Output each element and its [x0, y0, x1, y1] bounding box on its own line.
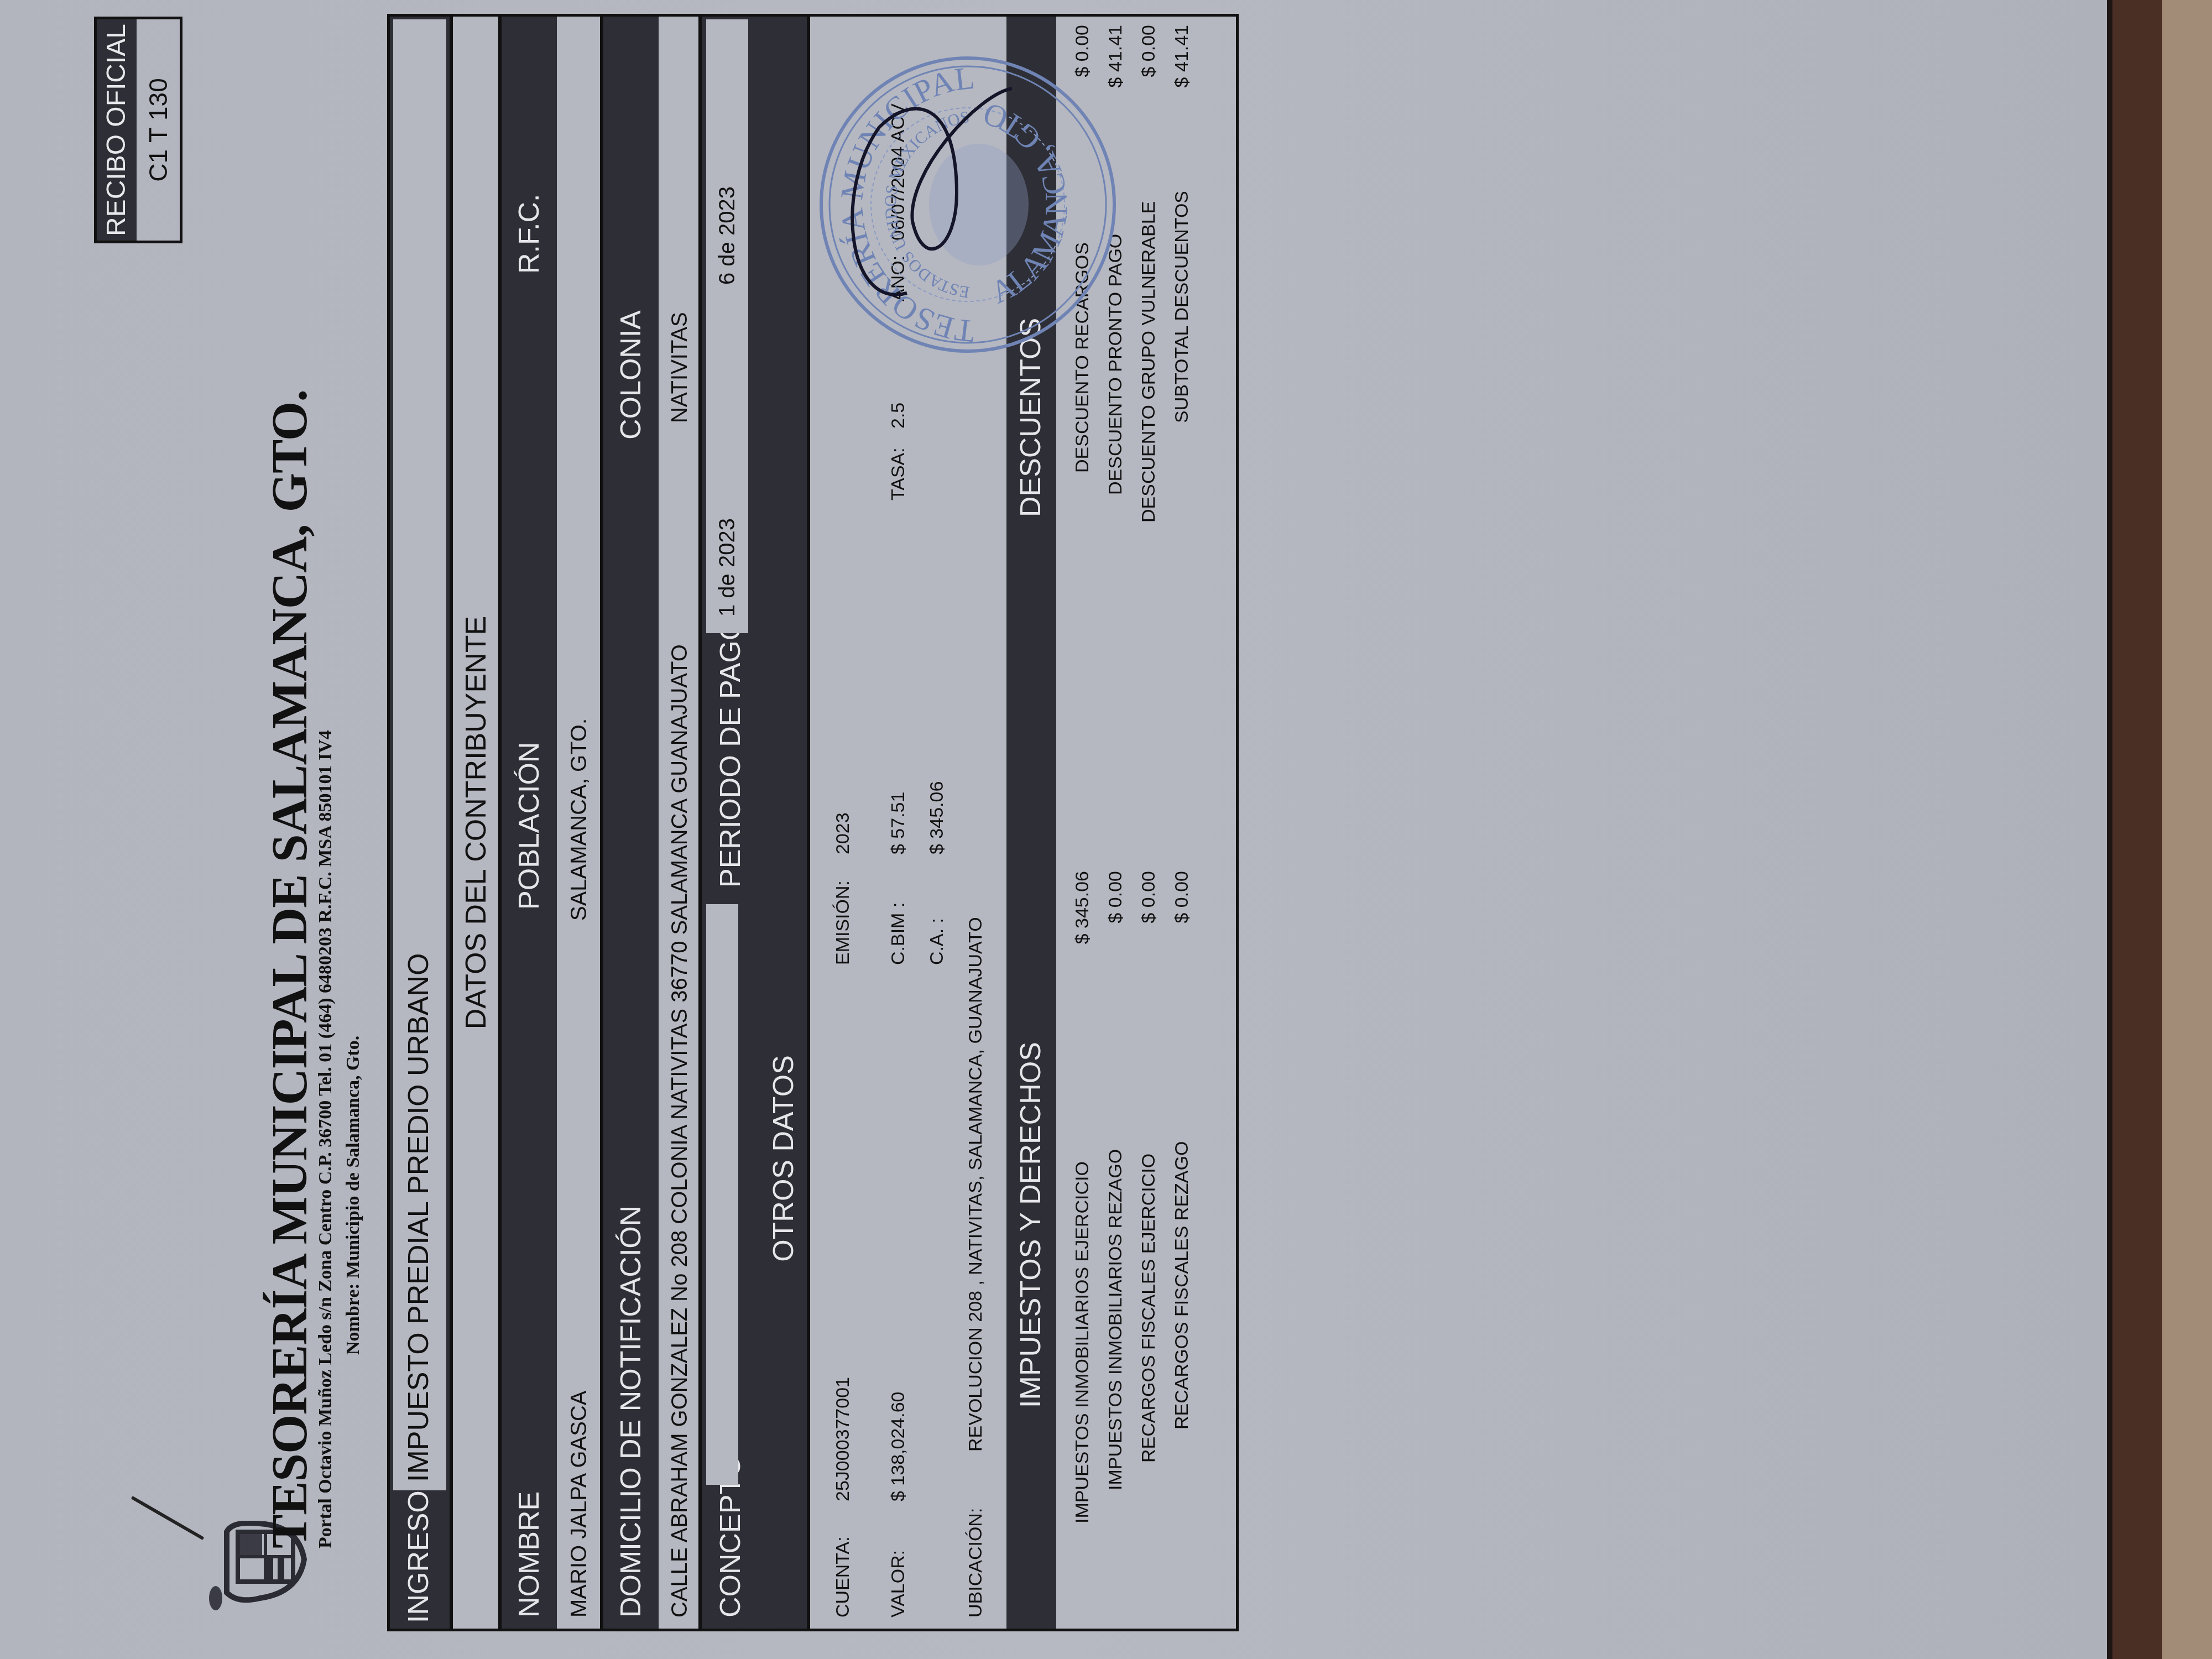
section-title-otros-datos: OTROS DATOS — [767, 688, 800, 1629]
descuento-label: DESCUENTO GRUPO VULNERABLE — [1138, 201, 1160, 523]
section-title-impuestos: IMPUESTOS Y DERECHOS — [1014, 821, 1047, 1629]
periodo-desde: 1 de 2023 — [715, 518, 740, 617]
ingreso-value: IMPUESTO PREDIAL PREDIO URBANO — [402, 953, 435, 1482]
otros-datos-title-row: OTROS DATOS — [760, 17, 807, 1629]
ubicacion-label: UBICACIÓN: — [965, 1508, 987, 1618]
impuesto-amount: $ 0.00 — [1171, 871, 1193, 1020]
ubicacion-value: REVOLUCION 208 , NATIVITAS, SALAMANCA, G… — [965, 917, 987, 1452]
official-seal-stamp: TESORERÍA MUNICIPAL ESTADOS UNIDOS MEXIC… — [813, 50, 1123, 359]
ca-label: C.A. : — [926, 918, 948, 965]
emision-label: EMISIÓN: — [832, 880, 854, 965]
valor-value: $ 138,024.60 — [888, 1391, 909, 1501]
impuesto-amount: $ 0.00 — [1105, 871, 1126, 1020]
cbim-label: C.BIM : — [888, 902, 909, 965]
impuesto-label: IMPUESTOS INMOBILIARIOS EJERCICIO — [1072, 1161, 1093, 1524]
nombre-value: MARIO JALPA GASCA — [567, 1391, 592, 1618]
receipt-document: TESORERÍA MUNICIPAL DE SALAMANCA, GTO. P… — [83, 11, 1244, 1631]
ca-value: $ 345.06 — [926, 781, 948, 854]
colonia-label: COLONIA — [614, 310, 648, 440]
poblacion-value: SALAMANCA, GTO. — [567, 718, 592, 921]
contribuyente-title-row: DATOS DEL CONTRIBUYENTE — [453, 17, 498, 1629]
receipt-number: C1 T 130 — [137, 19, 180, 241]
descuento-amount: $ 0.00 — [1138, 25, 1160, 180]
concepto-row: CONCEPTO PERIODO DE PAGO 1 de 2023 6 de … — [702, 17, 760, 1629]
tasa-label: TASA: — [888, 447, 909, 500]
domicilio-label: DOMICILIO DE NOTIFICACIÓN — [614, 1206, 648, 1618]
treasury-address: Portal Octavio Muñoz Ledo s/n Zona Centr… — [315, 730, 336, 1548]
section-title-contribuyente: DATOS DEL CONTRIBUYENTE — [460, 17, 493, 1629]
treasury-name: Nombre: Municipio de Salamanca, Gto. — [343, 1036, 364, 1355]
domicilio-header-row: DOMICILIO DE NOTIFICACIÓN COLONIA — [603, 17, 659, 1629]
domicilio-value: CALLE ABRAHAM GONZALEZ No 208 COLONIA NA… — [667, 644, 692, 1618]
domicilio-values-row: CALLE ABRAHAM GONZALEZ No 208 COLONIA NA… — [659, 17, 698, 1629]
cuenta-value: 25J000377001 — [832, 1377, 854, 1501]
pen-mark — [131, 1496, 205, 1540]
cbim-value: $ 57.51 — [888, 792, 909, 854]
tasa-value: 2.5 — [888, 403, 909, 429]
periodo-label: PERIODO DE PAGO — [714, 618, 747, 888]
impuesto-amount: $ 0.00 — [1138, 871, 1160, 1020]
receipt-number-box: RECIBO OFICIAL C1 T 130 — [94, 17, 182, 243]
contribuyente-header-row: NOMBRE POBLACIÓN R.F.C. — [502, 17, 557, 1629]
emision-value: 2023 — [832, 812, 854, 854]
periodo-hasta: 6 de 2023 — [715, 186, 740, 285]
descuento-label: SUBTOTAL DESCUENTOS — [1171, 191, 1193, 423]
page-title: TESORERÍA MUNICIPAL DE SALAMANCA, GTO. — [260, 390, 319, 1548]
shadow — [2112, 0, 2162, 1659]
paper-edge — [2107, 0, 2112, 1659]
rfc-label: R.F.C. — [513, 194, 546, 274]
impuesto-amount: $ 345.06 — [1072, 871, 1093, 1020]
impuesto-label: IMPUESTOS INMOBILIARIOS REZAGO — [1105, 1149, 1126, 1490]
cuenta-label: CUENTA: — [832, 1536, 854, 1618]
poblacion-label: POBLACIÓN — [513, 742, 546, 910]
impuesto-label: RECARGOS FISCALES EJERCICIO — [1138, 1154, 1160, 1463]
concepto-value-box — [706, 904, 738, 1485]
board — [2162, 0, 2212, 1659]
descuento-amount: $ 41.41 — [1171, 25, 1193, 180]
impuesto-label: RECARGOS FISCALES REZAGO — [1171, 1141, 1193, 1430]
nombre-label: NOMBRE — [513, 1491, 546, 1618]
contribuyente-values-row: MARIO JALPA GASCA SALAMANCA, GTO. — [557, 17, 600, 1629]
colonia-value: NATIVITAS — [667, 312, 692, 423]
receipt-label: RECIBO OFICIAL — [97, 19, 137, 241]
ingreso-row: INGRESO POR IMPUESTO PREDIAL PREDIO URBA… — [390, 17, 450, 1629]
valor-label: VALOR: — [888, 1550, 909, 1618]
receipt-header: TESORERÍA MUNICIPAL DE SALAMANCA, GTO. P… — [83, 11, 382, 1631]
